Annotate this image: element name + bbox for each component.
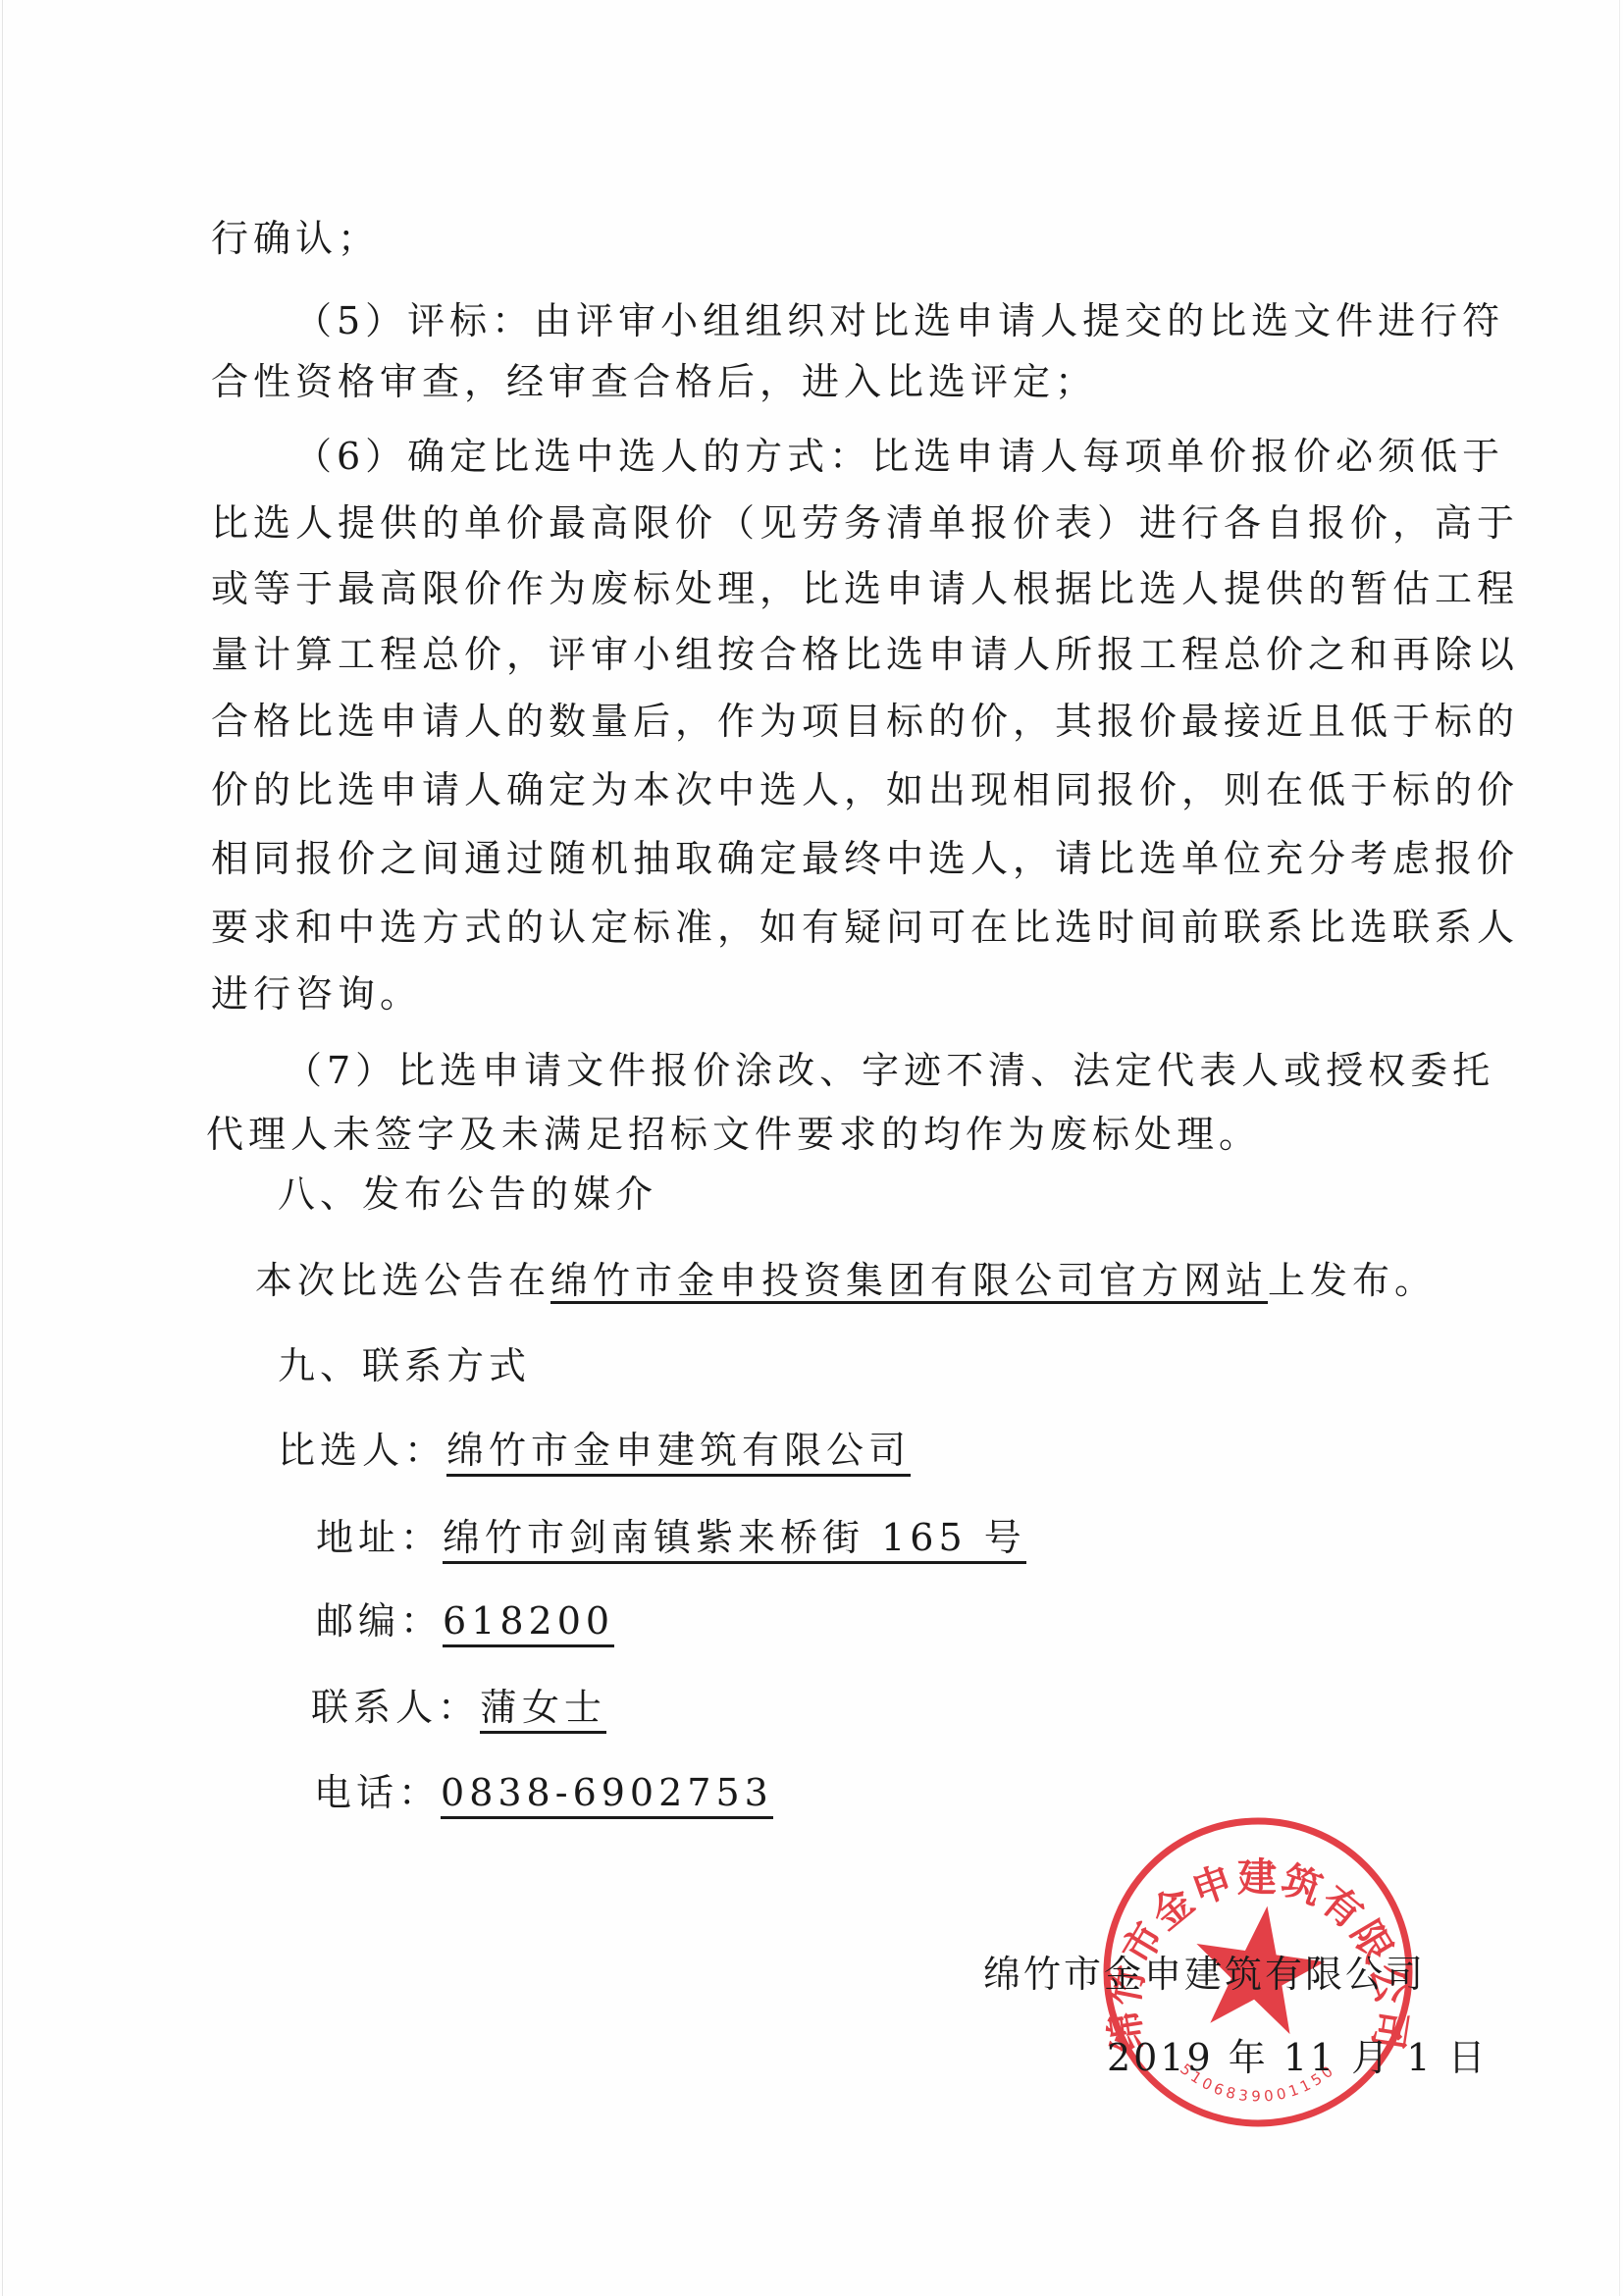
signature-company: 绵竹市金申建筑有限公司	[983, 1950, 1426, 1999]
paragraph-line: （5）评标：由评审小组组织对比选申请人提交的比选文件进行符	[294, 296, 1504, 345]
paragraph-line: 合性资格审查，经审查合格后，进入比选评定；	[211, 357, 1097, 406]
contact-value: 蒲女士	[480, 1686, 606, 1734]
publication-statement: 本次比选公告在绵竹市金申投资集团有限公司官方网站上发布。	[255, 1256, 1437, 1305]
paragraph-line: 代理人未签字及未满足招标文件要求的均作为废标处理。	[206, 1110, 1261, 1159]
paragraph-line: 要求和中选方式的认定标准，如有疑问可在比选时间前联系比选联系人	[211, 903, 1519, 952]
contact-label: 地址：	[316, 1516, 443, 1559]
statement-prefix: 本次比选公告在	[255, 1259, 550, 1302]
paragraph-line: 量计算工程总价，评审小组按合格比选申请人所报工程总价之和再除以	[211, 630, 1519, 679]
paragraph-line: 或等于最高限价作为废标处理，比选申请人根据比选人提供的暂估工程	[211, 564, 1519, 613]
contact-value: 0838-6902753	[441, 1771, 773, 1819]
scan-edge	[1619, 0, 1620, 2296]
contact-label: 邮编：	[316, 1599, 443, 1643]
paragraph-line: （7）比选申请文件报价涂改、字迹不清、法定代表人或授权委托	[285, 1046, 1494, 1095]
contact-row-phone: 电话：0838-6902753	[314, 1768, 773, 1817]
contact-row-postcode: 邮编：618200	[316, 1596, 614, 1645]
statement-suffix: 上发布。	[1268, 1259, 1437, 1302]
paragraph-line: 价的比选申请人确定为本次中选人，如出现相同报价，则在低于标的价	[211, 765, 1519, 814]
section-heading-8: 八、发布公告的媒介	[278, 1170, 657, 1219]
document-page: 行确认； （5）评标：由评审小组组织对比选申请人提交的比选文件进行符 合性资格审…	[0, 0, 1623, 2296]
contact-value: 绵竹市剑南镇紫来桥街 165 号	[443, 1516, 1026, 1564]
paragraph-line: 比选人提供的单价最高限价（见劳务清单报价表）进行各自报价，高于	[211, 498, 1519, 548]
contact-label: 电话：	[314, 1771, 441, 1814]
signature-date: 2019 年 11 月 1 日	[1107, 2033, 1489, 2082]
paragraph-line: 相同报价之间通过随机抽取确定最终中选人，请比选单位充分考虑报价	[211, 834, 1519, 883]
contact-label: 联系人：	[311, 1686, 480, 1729]
section-heading-9: 九、联系方式	[278, 1341, 531, 1390]
website-name: 绵竹市金申投资集团有限公司官方网站	[550, 1259, 1268, 1302]
contact-row-person: 联系人：蒲女士	[311, 1683, 606, 1732]
paragraph-line: （6）确定比选中选人的方式：比选申请人每项单价报价必须低于	[294, 432, 1504, 481]
paragraph-line: 行确认；	[211, 214, 380, 263]
paragraph-line: 合格比选申请人的数量后，作为项目标的价，其报价最接近且低于标的	[211, 697, 1519, 746]
contact-value: 618200	[443, 1599, 614, 1647]
contact-label: 比选人：	[278, 1429, 446, 1472]
contact-row-selector: 比选人：绵竹市金申建筑有限公司	[278, 1426, 911, 1475]
contact-value: 绵竹市金申建筑有限公司	[446, 1429, 911, 1477]
contact-row-address: 地址：绵竹市剑南镇紫来桥街 165 号	[316, 1513, 1026, 1562]
scan-edge	[2, 0, 3, 2296]
paragraph-line: 进行咨询。	[211, 969, 422, 1018]
